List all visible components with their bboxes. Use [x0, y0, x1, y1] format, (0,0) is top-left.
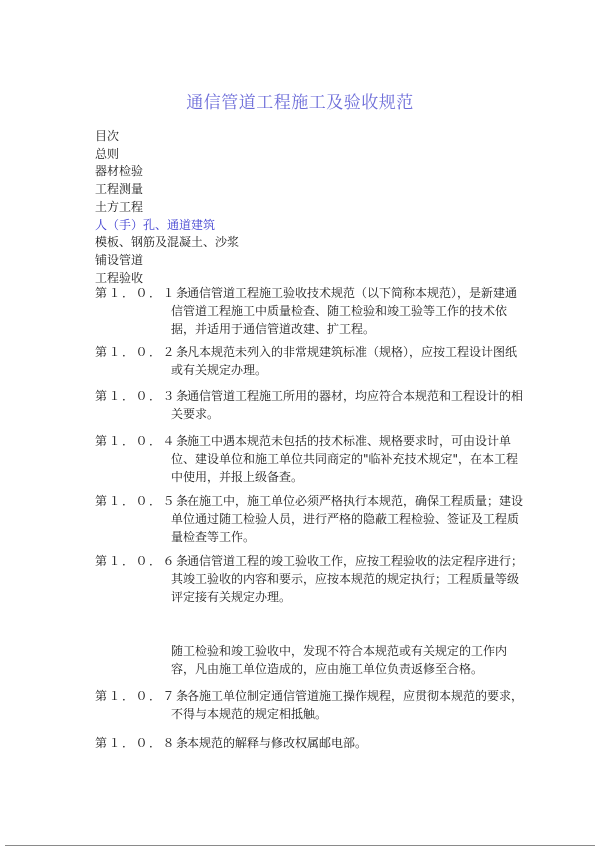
article-text: 施工中遇本规范未包括的技术标准、规格要求时，可由设计单位、建设单位和施工单位共同… [171, 433, 526, 486]
article-1-0-1: 第１．０．１条 通信管道工程施工验收技术规范（以下简称本规范），是新建通信管道工… [95, 285, 535, 338]
document-title: 通信管道工程施工及验收规范 [0, 88, 600, 113]
article-text: 在施工中，施工单位必须严格执行本规范，确保工程质量；建设单位通过随工检验人员，进… [171, 493, 526, 546]
toc-item-manhole-construction[interactable]: 人（手）孔、通道建筑 [95, 217, 239, 235]
article-1-0-3: 第１．０．３条 通信管道工程施工所用的器材，均应符合本规范和工程设计的相关要求。 [95, 388, 535, 424]
toc-item-pipe-laying: 铺设管道 [95, 252, 239, 270]
page-bottom-rule [5, 845, 595, 846]
article-number: 第１．０．４条 [95, 433, 190, 451]
article-text: 通信管道工程施工所用的器材，均应符合本规范和工程设计的相关要求。 [171, 388, 526, 424]
document-page: 通信管道工程施工及验收规范 目次 总则 器材检验 工程测量 土方工程 人（手）孔… [0, 0, 600, 851]
article-number: 第１．０．６条 [95, 553, 190, 571]
article-text: 本规范的解释与修改权属邮电部。 [171, 735, 526, 753]
toc-item-general: 总则 [95, 146, 239, 164]
toc-item-material-inspection: 器材检验 [95, 163, 239, 181]
toc-item-formwork-concrete: 模板、钢筋及混凝土、沙浆 [95, 234, 239, 252]
article-1-0-4: 第１．０．４条 施工中遇本规范未包括的技术标准、规格要求时，可由设计单位、建设单… [95, 433, 535, 486]
article-number: 第１．０．２条 [95, 344, 190, 362]
article-text: 通信管道工程施工验收技术规范（以下简称本规范），是新建通信管道工程施工中质量检查… [171, 285, 526, 338]
article-text: 通信管道工程的竣工验收工作，应按工程验收的法定程序进行；其竣工验收的内容和要示，… [171, 553, 526, 606]
article-1-0-2: 第１．０．２条 凡本规范未列入的非常规建筑标准（规格），应按工程设计图纸或有关规… [95, 344, 535, 380]
toc-item-surveying: 工程测量 [95, 181, 239, 199]
article-number: 第１．０．７条 [95, 688, 190, 706]
toc-item-contents: 目次 [95, 128, 239, 146]
article-number: 第１．０．５条 [95, 493, 190, 511]
article-text: 凡本规范未列入的非常规建筑标准（规格），应按工程设计图纸或有关规定办理。 [171, 344, 526, 380]
table-of-contents: 目次 总则 器材检验 工程测量 土方工程 人（手）孔、通道建筑 模板、钢筋及混凝… [95, 128, 239, 287]
article-1-0-7: 第１．０．７条 各施工单位制定通信管道施工操作规程，应贯彻本规范的要求，不得与本… [95, 688, 535, 724]
article-number: 第１．０．１条 [95, 285, 190, 303]
article-text: 各施工单位制定通信管道施工操作规程，应贯彻本规范的要求，不得与本规范的规定相抵触… [171, 688, 526, 724]
article-number: 第１．０．８条 [95, 735, 190, 753]
article-1-0-8: 第１．０．８条 本规范的解释与修改权属邮电部。 [95, 735, 535, 753]
article-text: 随工检验和竣工验收中，发现不符合本规范或有关规定的工作内容，凡由施工单位造成的，… [171, 643, 526, 679]
article-number: 第１．０．３条 [95, 388, 190, 406]
article-1-0-6: 第１．０．６条 通信管道工程的竣工验收工作，应按工程验收的法定程序进行；其竣工验… [95, 553, 535, 606]
toc-item-earthwork: 土方工程 [95, 199, 239, 217]
article-1-0-6-continued: 随工检验和竣工验收中，发现不符合本规范或有关规定的工作内容，凡由施工单位造成的，… [95, 643, 535, 679]
article-1-0-5: 第１．０．５条 在施工中，施工单位必须严格执行本规范，确保工程质量；建设单位通过… [95, 493, 535, 546]
